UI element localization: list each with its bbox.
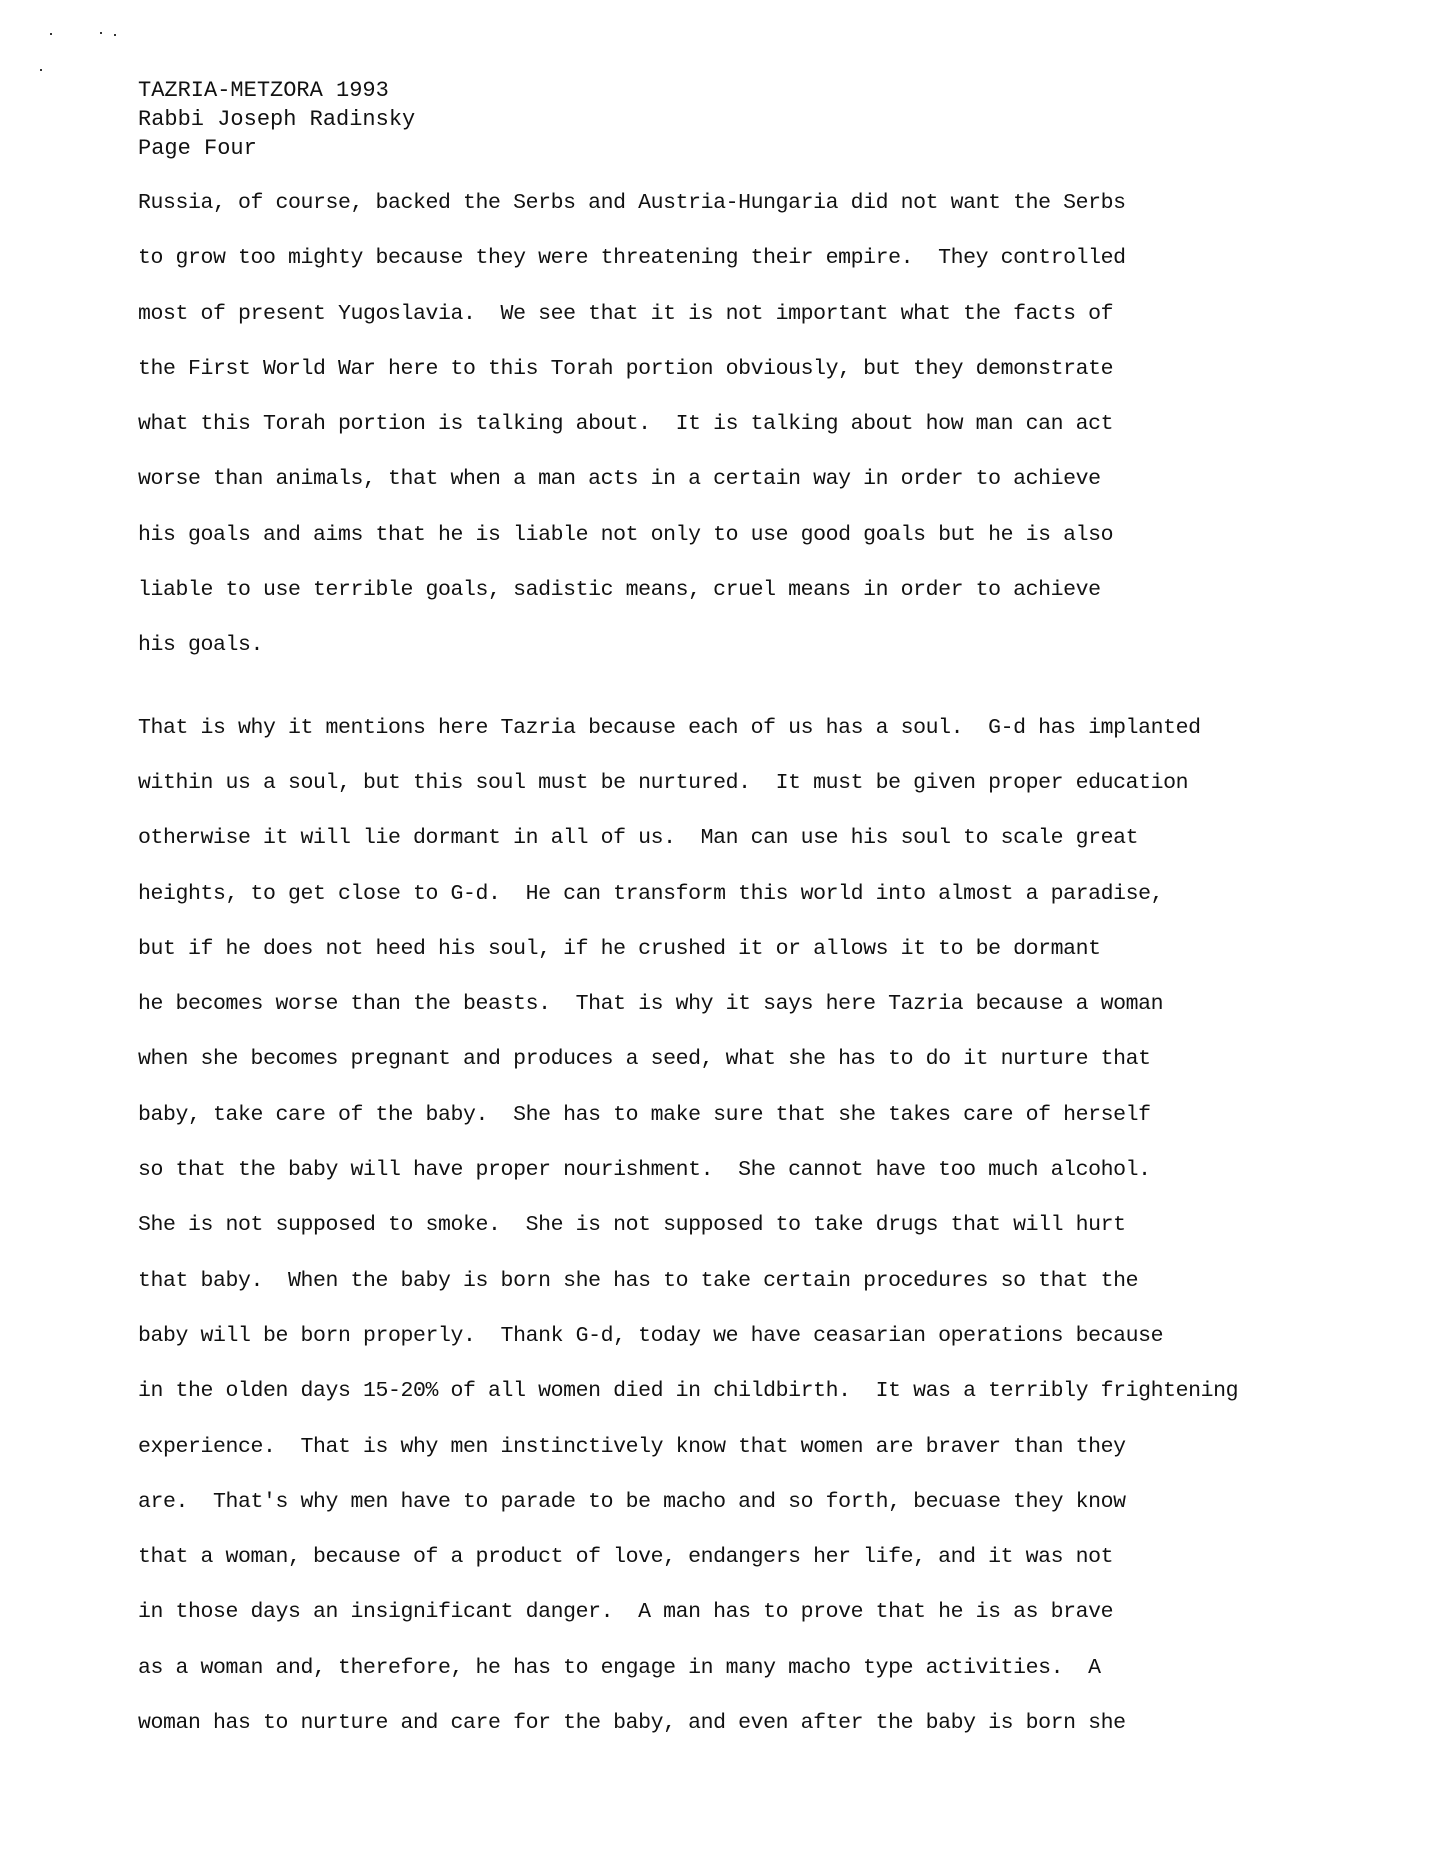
text-line: when she becomes pregnant and produces a… [138, 1042, 1238, 1097]
scan-speck [114, 34, 116, 36]
text-line: to grow too mighty because they were thr… [138, 241, 1238, 296]
text-line: most of present Yugoslavia. We see that … [138, 297, 1238, 352]
header-author: Rabbi Joseph Radinsky [138, 105, 415, 134]
text-line: She is not supposed to smoke. She is not… [138, 1208, 1238, 1263]
document-body: Russia, of course, backed the Serbs and … [138, 186, 1238, 1761]
text-line: within us a soul, but this soul must be … [138, 766, 1238, 821]
scan-speck [40, 69, 42, 71]
scan-speck [100, 32, 102, 34]
text-line: he becomes worse than the beasts. That i… [138, 987, 1238, 1042]
header-title: TAZRIA-METZORA 1993 [138, 76, 415, 105]
text-line: as a woman and, therefore, he has to eng… [138, 1651, 1238, 1706]
scan-speck [50, 33, 52, 35]
text-line: in those days an insignificant danger. A… [138, 1595, 1238, 1650]
text-line: are. That's why men have to parade to be… [138, 1485, 1238, 1540]
paragraph: Russia, of course, backed the Serbs and … [138, 186, 1238, 684]
text-line: liable to use terrible goals, sadistic m… [138, 573, 1238, 628]
text-line: worse than animals, that when a man acts… [138, 462, 1238, 517]
document-header: TAZRIA-METZORA 1993 Rabbi Joseph Radinsk… [138, 76, 415, 163]
text-line: his goals. [138, 628, 1238, 683]
text-line: the First World War here to this Torah p… [138, 352, 1238, 407]
text-line: experience. That is why men instinctivel… [138, 1430, 1238, 1485]
text-line: that baby. When the baby is born she has… [138, 1264, 1238, 1319]
text-line: That is why it mentions here Tazria beca… [138, 711, 1238, 766]
text-line: but if he does not heed his soul, if he … [138, 932, 1238, 987]
text-line: Russia, of course, backed the Serbs and … [138, 186, 1238, 241]
text-line: his goals and aims that he is liable not… [138, 518, 1238, 573]
text-line: baby will be born properly. Thank G-d, t… [138, 1319, 1238, 1374]
text-line: in the olden days 15-20% of all women di… [138, 1374, 1238, 1429]
header-page: Page Four [138, 134, 415, 163]
text-line: heights, to get close to G-d. He can tra… [138, 877, 1238, 932]
paragraph: That is why it mentions here Tazria beca… [138, 711, 1238, 1762]
paragraph-gap [138, 684, 1238, 711]
text-line: that a woman, because of a product of lo… [138, 1540, 1238, 1595]
text-line: otherwise it will lie dormant in all of … [138, 821, 1238, 876]
text-line: what this Torah portion is talking about… [138, 407, 1238, 462]
text-line: baby, take care of the baby. She has to … [138, 1098, 1238, 1153]
text-line: so that the baby will have proper nouris… [138, 1153, 1238, 1208]
document-page: TAZRIA-METZORA 1993 Rabbi Joseph Radinsk… [0, 0, 1430, 1851]
text-line: woman has to nurture and care for the ba… [138, 1706, 1238, 1761]
